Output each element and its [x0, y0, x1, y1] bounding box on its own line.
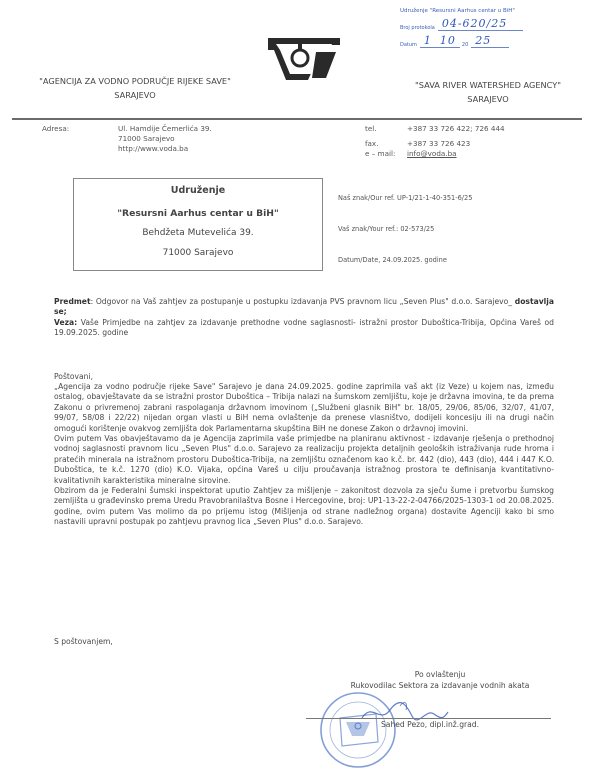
- reference-text: Vaše Primjedbe na zahtjev za izdavanje p…: [54, 318, 554, 337]
- stamp-organization: Udruženje "Resursni Aarhus centar u BiH": [400, 8, 580, 14]
- body-paragraph-2: Ovim putem Vas obavještavamo da je Agenc…: [54, 434, 554, 486]
- subject-line: Predmet: Odgovor na Vaš zahtjev za postu…: [54, 297, 554, 318]
- recipient-name: "Resursni Aarhus centar u BiH": [74, 208, 322, 219]
- address-label: Adresa:: [42, 124, 69, 134]
- reference-label: Veza:: [54, 318, 77, 327]
- subject-block: Predmet: Odgovor na Vaš zahtjev za postu…: [54, 297, 554, 339]
- fax-row: fax. +387 33 726 423: [365, 139, 505, 149]
- recipient-street: Behdžeta Mutevelića 39.: [74, 228, 322, 238]
- email-label: e – mail:: [365, 149, 407, 159]
- body-paragraph-3: Obzirom da je Federalni šumski inspektor…: [54, 486, 554, 528]
- subject-text: : Odgovor na Vaš zahtjev za postupanje u…: [91, 297, 515, 306]
- fax-label: fax.: [365, 139, 407, 149]
- incoming-protocol-stamp: Udruženje "Resursni Aarhus centar u BiH"…: [400, 8, 580, 48]
- recipient-title: Udruženje: [74, 185, 322, 196]
- tel-row: tel. +387 33 726 422; 726 444: [365, 124, 505, 134]
- address-street: Ul. Hamdije Čemerlića 39.: [118, 124, 212, 134]
- greeting: Poštovani,: [54, 372, 554, 382]
- document-date: Datum/Date, 24.09.2025. godine: [338, 256, 447, 264]
- signature-block: Po ovlaštenju Rukovodilac Sektora za izd…: [300, 669, 580, 691]
- agency-name-en: "SAVA RIVER WATERSHED AGENCY": [398, 78, 578, 92]
- header-divider: [12, 118, 582, 120]
- our-reference: Naš znak/Our ref. UP-1/21-1-40-351-6/25: [338, 194, 472, 202]
- stamp-date-day: 1: [420, 34, 436, 48]
- stamp-date-row: Datum 1 10 20 25: [400, 34, 580, 48]
- recipient-box: Udruženje "Resursni Aarhus centar u BiH"…: [73, 178, 323, 271]
- signature-position: Rukovodilac Sektora za izdavanje vodnih …: [300, 680, 580, 691]
- email-link[interactable]: info@voda.ba: [407, 149, 457, 159]
- stamp-date-year-prefix: 20: [462, 42, 468, 48]
- stamp-protocol-label: Broj protokola: [400, 25, 435, 31]
- closing: S poštovanjem,: [54, 637, 554, 647]
- body-paragraph-1: „Agencija za vodno područje rijeke Save"…: [54, 382, 554, 434]
- stamp-protocol-row: Broj protokola 04-620/25: [400, 17, 580, 31]
- stamp-date-label: Datum: [400, 42, 417, 48]
- stamp-protocol-number: 04-620/25: [438, 17, 523, 31]
- website-link[interactable]: http://www.voda.ba: [118, 144, 212, 154]
- email-row: e – mail: info@voda.ba: [365, 149, 505, 159]
- letter-body: „Agencija za vodno područje rijeke Save"…: [54, 382, 554, 528]
- agency-name-local: "AGENCIJA ZA VODNO PODRUČJE RIJEKE SAVE"…: [20, 74, 250, 102]
- signature-authority: Po ovlaštenju: [300, 669, 580, 680]
- signatory-name: Sahed Pezo, dipl.inž.grad.: [330, 720, 530, 729]
- reference-line: Veza: Vaše Primjedbe na zahtjev za izdav…: [54, 318, 554, 339]
- recipient-city: 71000 Sarajevo: [74, 248, 322, 258]
- fax-value: +387 33 726 423: [407, 139, 470, 149]
- stamp-date-year: 25: [471, 34, 509, 48]
- address-block: Ul. Hamdije Čemerlića 39. 71000 Sarajevo…: [118, 124, 212, 154]
- agency-name-bs: "AGENCIJA ZA VODNO PODRUČJE RIJEKE SAVE": [20, 74, 250, 88]
- address-city: 71000 Sarajevo: [118, 134, 212, 144]
- stamp-date-month: 10: [436, 34, 460, 48]
- tel-value: +387 33 726 422; 726 444: [407, 124, 505, 134]
- agency-name-english: "SAVA RIVER WATERSHED AGENCY" SARAJEVO: [398, 78, 578, 106]
- subject-label: Predmet: [54, 297, 91, 306]
- tel-label: tel.: [365, 124, 407, 134]
- your-reference: Vaš znak/Your ref.: 02-573/25: [338, 225, 434, 233]
- contact-block: tel. +387 33 726 422; 726 444 fax. +387 …: [365, 124, 505, 159]
- agency-logo-icon: [266, 30, 344, 90]
- agency-city-bs: SARAJEVO: [20, 88, 250, 102]
- agency-city-en: SARAJEVO: [398, 92, 578, 106]
- signature-line: [306, 718, 551, 719]
